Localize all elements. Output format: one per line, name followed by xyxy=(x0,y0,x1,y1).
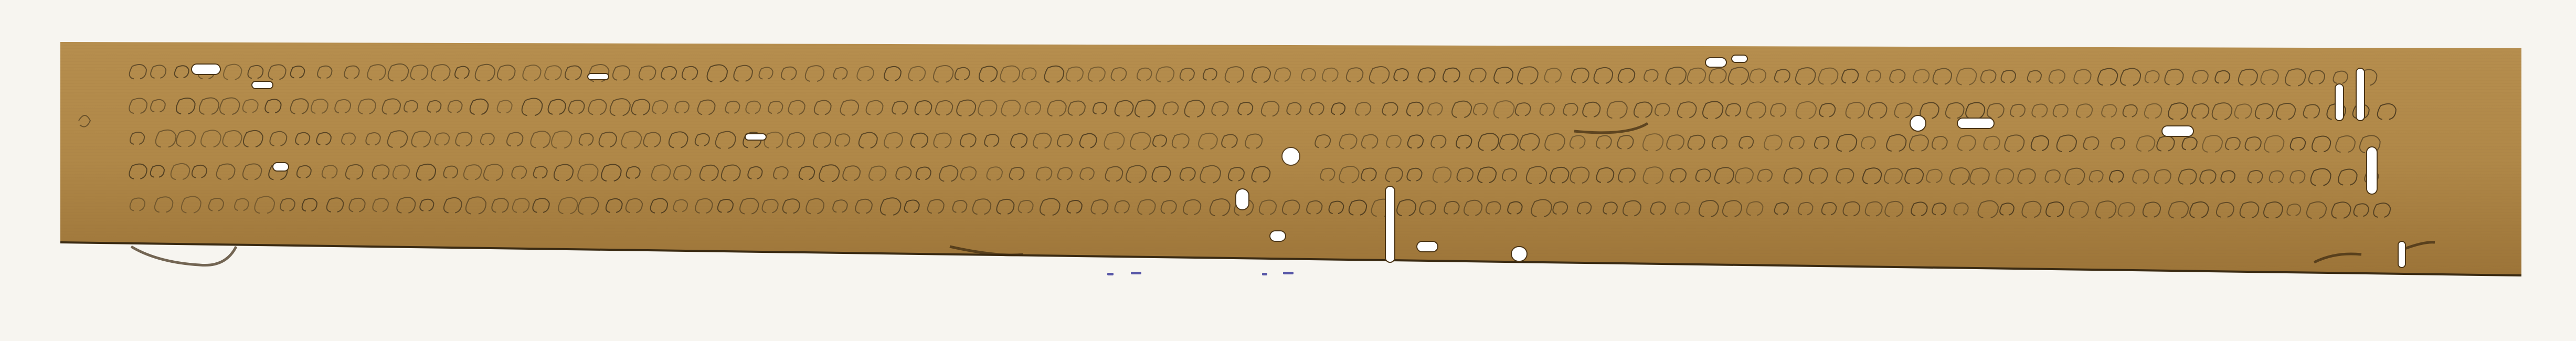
blue-mark xyxy=(1283,272,1294,274)
blue-mark xyxy=(1262,273,1267,275)
blue-mark xyxy=(1107,273,1114,275)
blue-mark xyxy=(1131,272,1141,274)
binding-hole xyxy=(1282,147,1300,165)
palm-leaf xyxy=(0,0,2576,341)
manuscript-photo xyxy=(0,0,2576,341)
